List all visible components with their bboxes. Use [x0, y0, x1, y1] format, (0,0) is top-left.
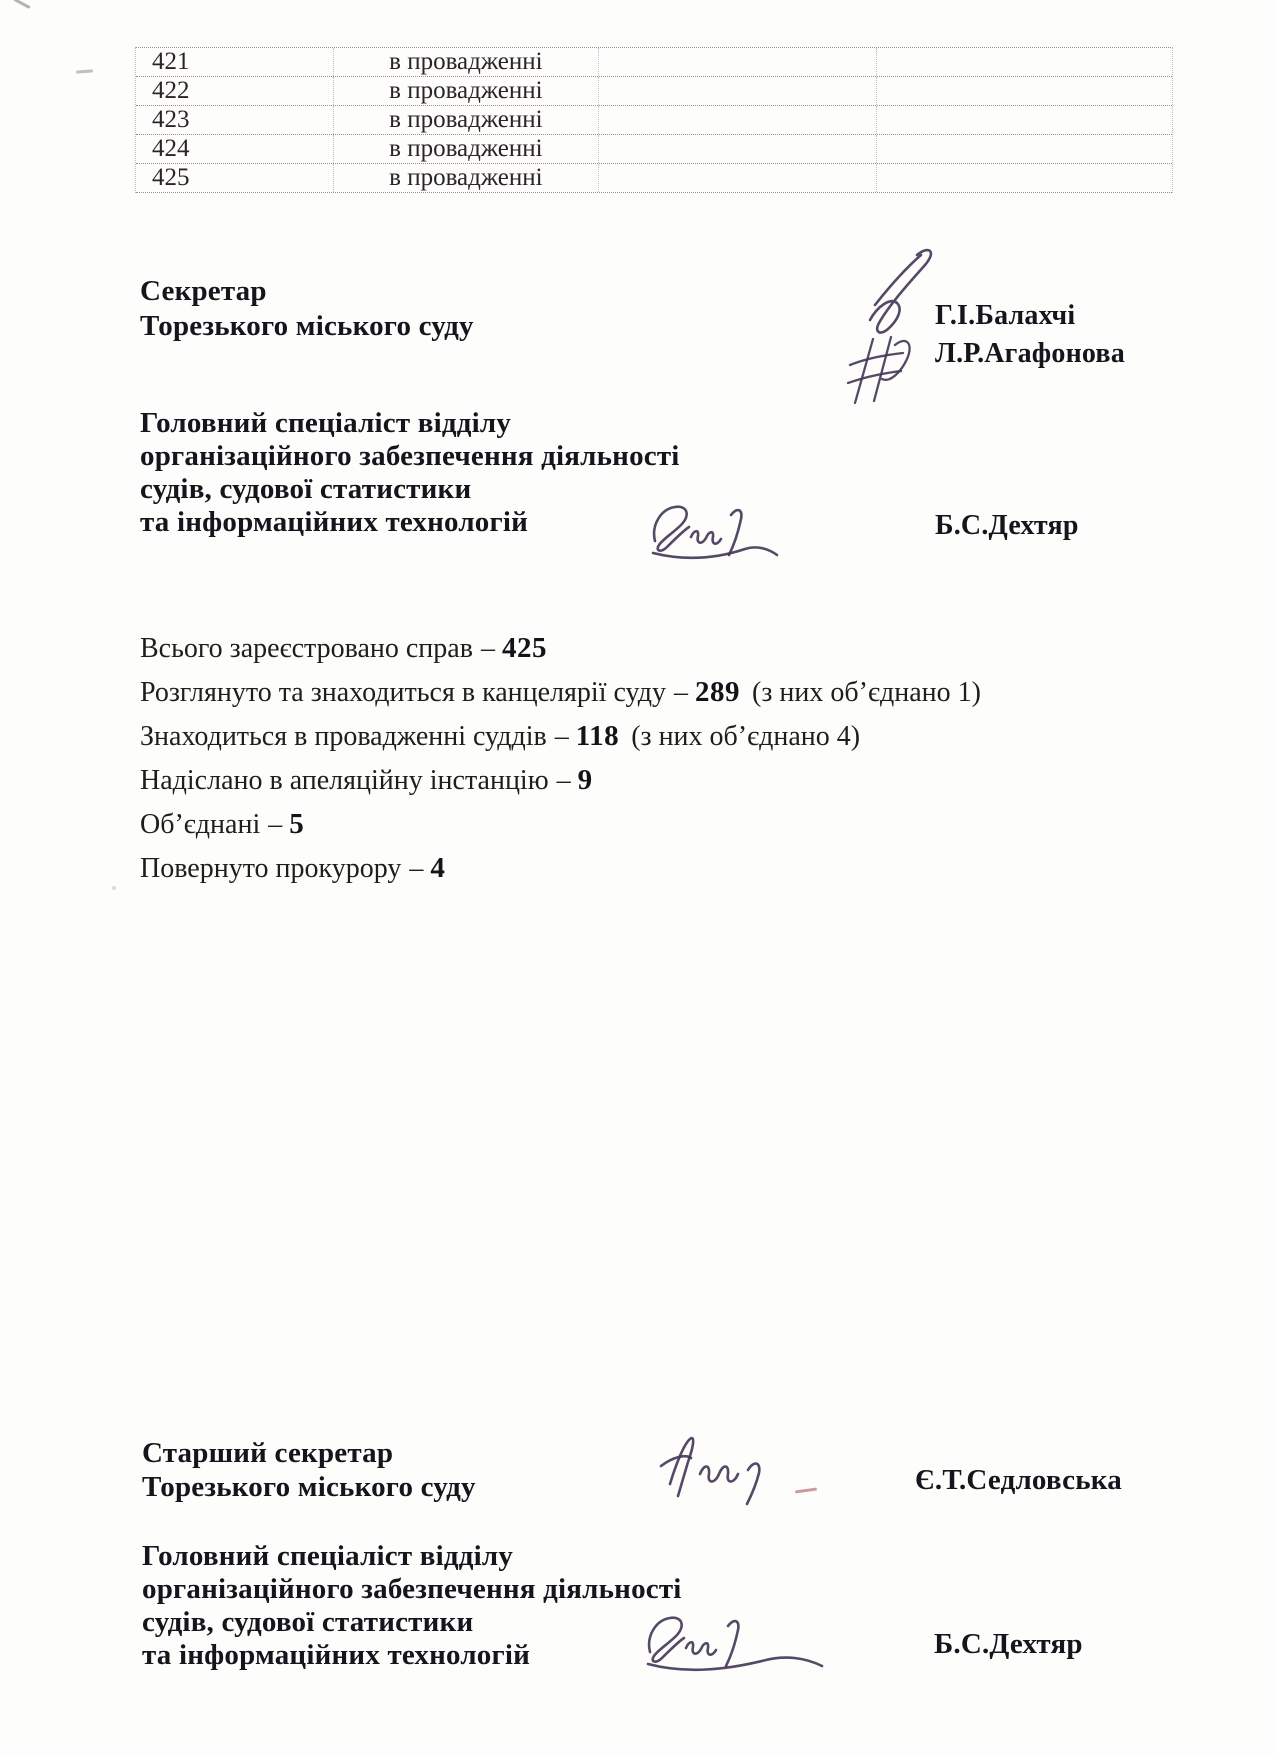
- stat-label: Повернуто прокурору: [140, 853, 401, 884]
- chief-specialist-title-bottom: Головний спеціаліст відділу організаційн…: [142, 1540, 682, 1672]
- title-line: організаційного забезпечення діяльності: [140, 440, 680, 473]
- stat-note: (з них об’єднано 4): [631, 721, 860, 752]
- case-empty-cell: [876, 48, 1172, 76]
- case-number-cell: 425: [136, 164, 333, 192]
- title-line: та інформаційних технологій: [142, 1639, 682, 1672]
- stat-label: Розглянуто та знаходиться в канцелярії с…: [140, 677, 666, 708]
- stat-label: Надіслано в апеляційну інстанцію: [140, 765, 549, 796]
- stat-line-in-proceedings: Знаходиться в провадженні суддів–118(з н…: [140, 714, 981, 758]
- case-empty-cell: [876, 135, 1172, 163]
- title-line: Торезького міського суду: [140, 309, 474, 344]
- signatory-name: Л.Р.Агафонова: [935, 335, 1125, 373]
- signature-agafonova: [843, 333, 931, 409]
- title-line: організаційного забезпечення діяльності: [142, 1573, 682, 1606]
- stat-dash: –: [557, 765, 571, 796]
- title-line: та інформаційних технологій: [140, 506, 680, 539]
- title-line: Головний спеціаліст відділу: [142, 1540, 682, 1573]
- signatory-name: Г.І.Балахчі: [935, 297, 1125, 335]
- case-row: 425 в провадженні: [136, 164, 1172, 193]
- case-number-cell: 424: [136, 135, 333, 163]
- case-status-cell: в провадженні: [333, 164, 598, 192]
- case-row: 424 в провадженні: [136, 135, 1172, 164]
- stat-line-reviewed: Розглянуто та знаходиться в канцелярії с…: [140, 670, 981, 714]
- case-row: 423 в провадженні: [136, 106, 1172, 135]
- title-line: судів, судової статистики: [142, 1606, 682, 1639]
- stat-line-returned: Повернуто прокурору–4: [140, 846, 981, 890]
- case-number-cell: 423: [136, 106, 333, 134]
- case-status-cell: в провадженні: [333, 77, 598, 105]
- stat-note: (з них об’єднано 1): [752, 677, 981, 708]
- dekhtiar-name-bottom: Б.С.Дехтяр: [934, 1628, 1083, 1661]
- title-line: Головний спеціаліст відділу: [140, 407, 680, 440]
- stat-dash: –: [674, 677, 688, 708]
- stat-line-appeal: Надіслано в апеляційну інстанцію–9: [140, 758, 981, 802]
- stat-line-total: Всього зареєстровано справ–425: [140, 626, 981, 670]
- case-empty-cell: [876, 77, 1172, 105]
- case-empty-cell: [876, 106, 1172, 134]
- stat-label: Всього зареєстровано справ: [140, 633, 473, 664]
- stat-dash: –: [555, 721, 569, 752]
- signature-dekhtiar-top: [645, 497, 785, 569]
- case-status-cell: в провадженні: [333, 48, 598, 76]
- title-line: Торезького міського суду: [142, 1470, 476, 1504]
- case-row: 421 в провадженні: [136, 48, 1172, 77]
- case-number-cell: 422: [136, 77, 333, 105]
- case-status-cell: в провадженні: [333, 135, 598, 163]
- title-line: Секретар: [140, 274, 474, 309]
- stat-line-merged: Об’єднані–5: [140, 802, 981, 846]
- secretary-names: Г.І.Балахчі Л.Р.Агафонова: [935, 297, 1125, 373]
- case-empty-cell: [598, 106, 875, 134]
- sedlovska-name: Є.Т.Седловська: [915, 1463, 1122, 1497]
- stat-dash: –: [409, 853, 423, 884]
- signature-balakhchi: [853, 243, 945, 345]
- case-empty-cell: [598, 77, 875, 105]
- case-status-cell: в провадженні: [333, 106, 598, 134]
- scanned-court-register-page: 421 в провадженні 422 в провадженні 423 …: [0, 0, 1275, 1755]
- case-empty-cell: [598, 48, 875, 76]
- signature-sedlovska: [648, 1430, 788, 1508]
- title-line: судів, судової статистики: [140, 473, 680, 506]
- case-row: 422 в провадженні: [136, 77, 1172, 106]
- scan-margin-dash: [76, 69, 93, 73]
- scan-corner-mark: [13, 0, 30, 9]
- stat-dash: –: [268, 809, 282, 840]
- dekhtiar-name-top: Б.С.Дехтяр: [935, 509, 1079, 542]
- chief-specialist-title-top: Головний спеціаліст відділу організаційн…: [140, 407, 680, 539]
- case-empty-cell: [876, 164, 1172, 192]
- case-number-cell: 421: [136, 48, 333, 76]
- stat-label: Знаходиться в провадженні суддів: [140, 721, 547, 752]
- case-empty-cell: [598, 135, 875, 163]
- stat-value: 289: [695, 676, 740, 708]
- case-empty-cell: [598, 164, 875, 192]
- stat-label: Об’єднані: [140, 809, 260, 840]
- stat-value: 118: [576, 720, 619, 752]
- stat-value: 5: [289, 808, 304, 840]
- stat-value: 9: [578, 764, 593, 796]
- secretary-title: Секретар Торезького міського суду: [140, 274, 474, 344]
- title-line: Старший секретар: [142, 1436, 476, 1470]
- case-statistics: Всього зареєстровано справ–425 Розглянут…: [140, 626, 981, 890]
- stat-value: 4: [430, 852, 445, 884]
- scan-speck: [112, 886, 116, 890]
- stat-dash: –: [481, 633, 495, 664]
- signature-pen-dash: [795, 1487, 817, 1493]
- stat-value: 425: [502, 632, 547, 664]
- signature-dekhtiar-bottom: [636, 1606, 841, 1684]
- senior-secretary-title: Старший секретар Торезького міського суд…: [142, 1436, 476, 1504]
- cases-table: 421 в провадженні 422 в провадженні 423 …: [135, 47, 1173, 193]
